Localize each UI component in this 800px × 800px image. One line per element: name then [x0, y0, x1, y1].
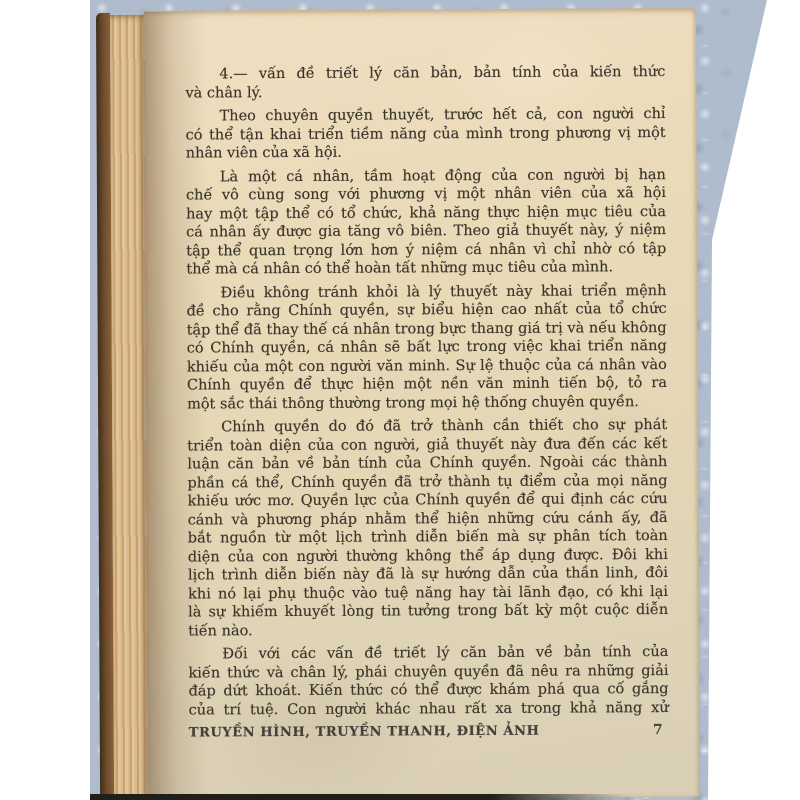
text-line: kiến thức và chân lý, phái chuyên quyền … [188, 662, 668, 683]
text-line: luận căn bản về bản tính của Chính quyền… [187, 453, 667, 474]
text-line: khiếu của một con người văn minh. Sự lệ … [187, 356, 667, 377]
text-line: Đối với các vấn đề triết lý căn bản về b… [188, 643, 668, 664]
text-line: khi nó lại phụ thuộc vào tuệ năng hay tà… [188, 583, 668, 604]
text-line: của trí tuệ. Con người khác nhau rất xa … [189, 699, 669, 720]
text-line: lịch trình diễn biến này đã là sự hướng … [188, 564, 668, 585]
text-line: triển toàn diện của con người, giả thuyế… [187, 435, 667, 456]
text-line: khiếu ước mơ. Quyền lực của Chính quyền … [188, 490, 668, 511]
text-block: 4.— vấn đề triết lý căn bản, bản tính củ… [185, 63, 668, 725]
text-line: cánh và phương pháp nhằm thể hiện những … [188, 509, 668, 530]
text-line: hay một tập thể có tổ chức, khả năng thự… [186, 203, 666, 224]
running-title: TRUYỀN HÌNH, TRUYỀN THANH, ĐIỆN ẢNH [189, 724, 540, 741]
text-line: phần cá thể, Chính quyền đã trở thành tụ… [187, 472, 667, 493]
paragraph: Điều không tránh khỏi là lý thuyết này k… [186, 282, 667, 414]
text-line: đáp dứt khoát. Kiến thức có thể được khá… [189, 680, 669, 701]
text-line: đề cho rằng Chính quyền, sự biểu hiện ca… [187, 300, 667, 321]
text-line: và chân lý. [185, 82, 665, 103]
text-line: Điều không tránh khỏi là lý thuyết này k… [186, 282, 666, 303]
paragraph: 4.— vấn đề triết lý căn bản, bản tính củ… [185, 63, 665, 103]
page-number: 7 [653, 722, 669, 738]
text-line: tiến nào. [188, 620, 668, 641]
text-line: một sắc thái thông thường trong mọi hệ t… [187, 393, 667, 414]
text-line: chế vô cùng song với phương vị một nhân … [186, 184, 666, 205]
text-line: có thể tận khai triển tiềm năng của mình… [186, 124, 666, 145]
paragraph: Theo chuyên quyền thuyết, trước hết cả, … [186, 105, 666, 163]
text-line: 4.— vấn đề triết lý căn bản, bản tính củ… [185, 63, 665, 84]
book-photo: 4.— vấn đề triết lý căn bản, bản tính củ… [90, 0, 767, 800]
text-line: diện của con người thường không thể áp d… [188, 546, 668, 567]
text-line: có Chính quyền, cá nhân sẽ bất lực trong… [187, 337, 667, 358]
paragraph: Chính quyền do đó đã trở thành cần thiết… [187, 416, 668, 641]
text-line: nhân viên của xã hội. [186, 142, 666, 163]
page-footer: TRUYỀN HÌNH, TRUYỀN THANH, ĐIỆN ẢNH 7 [189, 722, 669, 741]
text-line: Chính quyền để thực hiện một nền văn min… [187, 374, 667, 395]
text-line: Chính quyền do đó đã trở thành cần thiết… [187, 416, 667, 437]
text-line: thể mà cá nhân có thể hoàn tất những mục… [186, 258, 666, 279]
text-line: tập thể đã thay thế cá nhân trong bực th… [187, 319, 667, 340]
paragraph: Đối với các vấn đề triết lý căn bản về b… [188, 643, 668, 720]
text-line: tập thể quan trọng lớn hơn ý niệm cá nhâ… [186, 240, 666, 261]
open-book: 4.— vấn đề triết lý căn bản, bản tính củ… [96, 8, 700, 800]
text-line: Là một cá nhân, tầm hoạt động của con ng… [186, 166, 666, 187]
text-line: cá nhân ấy được gia tăng vô biên. Theo g… [186, 221, 666, 242]
table-shadow-strip [90, 794, 625, 800]
stacked-page-edges [110, 15, 148, 800]
text-line: Theo chuyên quyền thuyết, trước hết cả, … [186, 105, 666, 126]
paragraph: Là một cá nhân, tầm hoạt động của con ng… [186, 166, 667, 280]
text-line: là sự khiếm khuyết lòng tin tưởng trong … [188, 601, 668, 622]
text-line: bắt nguồn từ một lịch trình diễn biến mà… [188, 527, 668, 548]
